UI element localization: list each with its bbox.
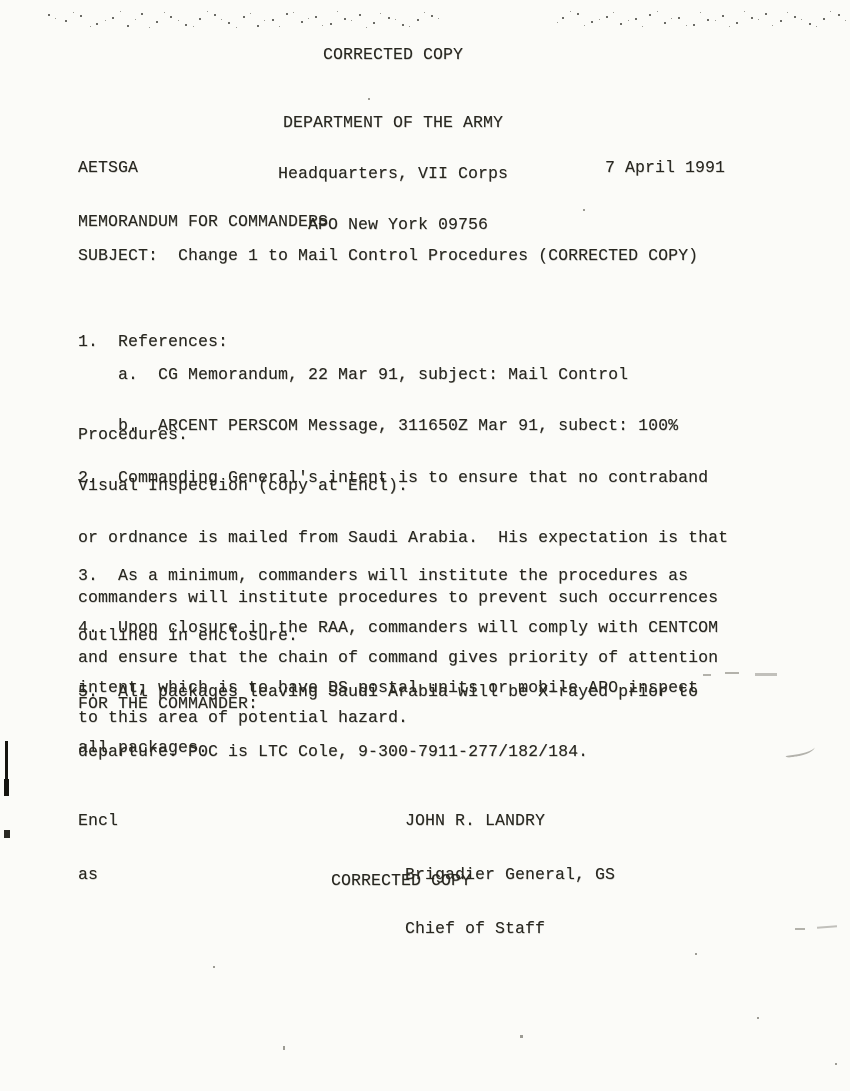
memo-date: 7 April 1991 xyxy=(605,158,725,178)
text-line: 4. Upon closure in the RAA, commanders w… xyxy=(78,618,718,638)
scan-artifact-dot xyxy=(835,1063,837,1065)
text-line: Encl xyxy=(78,812,118,830)
scan-artifact-dot xyxy=(520,1035,523,1038)
scan-artifact-dot xyxy=(695,953,697,955)
subject-line: SUBJECT: Change 1 to Mail Control Proced… xyxy=(78,246,698,266)
scan-artifact-dot xyxy=(583,209,585,211)
scan-artifact-dot xyxy=(213,966,215,968)
enclosure-block: Encl as xyxy=(78,776,118,920)
scan-artifact-edge-tick xyxy=(4,830,10,838)
authority-line: FOR THE COMMANDER: xyxy=(78,694,258,714)
letterhead-department: DEPARTMENT OF THE ARMY xyxy=(78,114,708,131)
text-line: as xyxy=(78,866,118,884)
scan-artifact-dot xyxy=(283,1046,285,1050)
scan-artifact-smudge xyxy=(725,672,739,674)
scan-artifact-smudge xyxy=(784,744,815,758)
scan-artifact-dot xyxy=(757,1017,759,1019)
scan-artifact-dot xyxy=(208,256,210,259)
text-line: departure. POC is LTC Cole, 9-300-7911-2… xyxy=(78,742,698,762)
text-line: 2. Commanding General's intent is to ens… xyxy=(78,468,728,488)
corrected-copy-stamp-bottom: CORRECTED COPY xyxy=(331,871,471,891)
scan-artifact-smudge xyxy=(795,928,805,930)
scan-artifact-smudge xyxy=(755,673,777,676)
memorandum-for-line: MEMORANDUM FOR COMMANDERS xyxy=(78,212,328,232)
scan-noise-band xyxy=(0,4,850,30)
office-symbol: AETSGA xyxy=(78,158,138,178)
scan-noise-speckles xyxy=(0,4,1,5)
scan-artifact-smudge xyxy=(703,674,711,676)
scan-artifact-dot xyxy=(368,98,370,100)
scan-artifact-edge-bar xyxy=(5,741,8,796)
signature-title: Chief of Staff xyxy=(405,920,615,938)
scanned-memo-page: CORRECTED COPY DEPARTMENT OF THE ARMY He… xyxy=(0,0,850,1091)
corrected-copy-stamp-top: CORRECTED COPY xyxy=(323,45,463,65)
signature-name: JOHN R. LANDRY xyxy=(405,812,615,830)
scan-artifact-smudge xyxy=(817,925,837,928)
